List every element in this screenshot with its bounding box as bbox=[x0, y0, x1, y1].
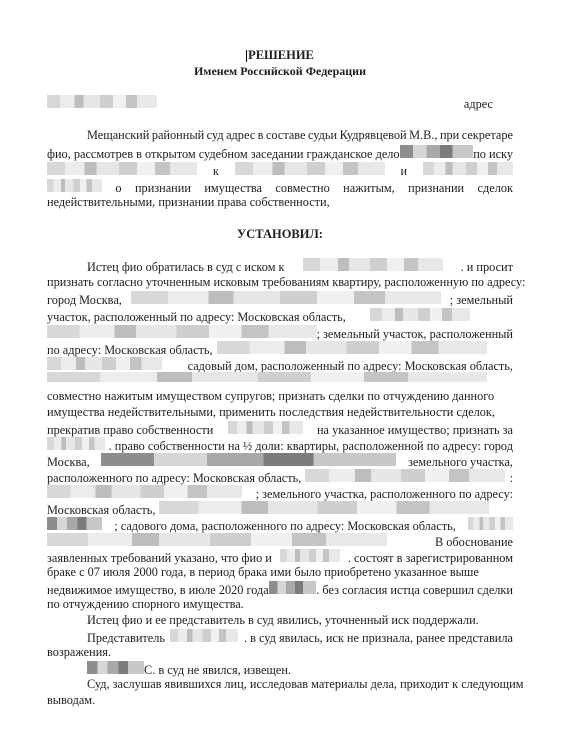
document-title: РЕШЕНИЕ bbox=[47, 48, 513, 63]
redacted-address bbox=[47, 533, 387, 546]
body-line: . право собственности на ½ доли: квартир… bbox=[47, 437, 513, 454]
redacted-name bbox=[47, 162, 197, 175]
body-line: участок, расположенный по адресу: Москов… bbox=[47, 308, 513, 325]
body-line: возражения. bbox=[47, 645, 513, 660]
body-line: по адресу: Московская область, bbox=[47, 341, 513, 358]
body-line: браке с 07 июля 2000 года, в период брак… bbox=[47, 565, 513, 580]
redacted-name bbox=[47, 179, 102, 192]
place-label: адрес bbox=[464, 97, 493, 112]
redacted-address bbox=[101, 453, 396, 466]
intro-line-4: опризнанииимуществасовместнонажитым,приз… bbox=[47, 179, 513, 196]
redacted-case-number bbox=[400, 145, 474, 158]
body-line: ; садового дома, расположенного по адрес… bbox=[47, 517, 513, 534]
body-line: имущества недействительными, применить п… bbox=[47, 405, 513, 420]
redacted-address bbox=[159, 501, 489, 514]
redacted-address bbox=[468, 517, 513, 530]
redacted-name bbox=[170, 629, 238, 642]
body-line: Московская область, bbox=[47, 501, 513, 518]
redacted-date bbox=[47, 95, 157, 108]
intro-line-2: фио, рассмотрев в открытом судебном засе… bbox=[47, 145, 513, 162]
redacted-name bbox=[235, 162, 385, 175]
redacted-address bbox=[47, 517, 102, 530]
redacted-address bbox=[47, 372, 487, 382]
redacted-address bbox=[47, 357, 162, 370]
body-line: совместно нажитым имуществом супругов; п… bbox=[47, 389, 513, 404]
body-line: признать согласно уточненным исковым тре… bbox=[47, 275, 513, 290]
date-place-line bbox=[47, 95, 513, 108]
body-line bbox=[47, 372, 513, 382]
body-line: Истец фио и ее представитель в суд явили… bbox=[47, 613, 513, 628]
body-line: прекратив право собственностина указанно… bbox=[47, 421, 513, 438]
redacted-name bbox=[47, 437, 105, 450]
body-line: С. в суд не явился, извещен. bbox=[47, 661, 513, 678]
redacted-name bbox=[228, 421, 303, 434]
redacted-name bbox=[87, 661, 144, 674]
redacted-address bbox=[47, 485, 242, 498]
intro-line-1: МещанскийрайонныйсудадресвсоставесудьиКу… bbox=[47, 128, 513, 143]
body-line: выводам. bbox=[47, 693, 513, 708]
body-line: Истец фио обратилась в суд с иском к. и … bbox=[47, 258, 513, 275]
body-line: В обоснование bbox=[47, 533, 513, 550]
intro-line-5: недействительными, признании права собст… bbox=[47, 195, 513, 210]
body-line: заявленных требований указано, что фио и… bbox=[47, 549, 513, 566]
body-line: расположенного по адресу: Московская обл… bbox=[47, 469, 513, 486]
redacted-address bbox=[305, 469, 505, 482]
body-line: Суд, заслушав явившихся лиц, исследовав … bbox=[47, 677, 513, 692]
redacted-name bbox=[303, 258, 443, 271]
redacted-name bbox=[423, 162, 513, 175]
body-line: ; земельного участка, расположенного по … bbox=[47, 485, 513, 502]
redacted-name bbox=[269, 581, 316, 594]
redacted-address bbox=[370, 308, 470, 321]
document-subtitle: Именем Российской Федерации bbox=[47, 64, 513, 79]
body-line: ; земельный участок, расположенный bbox=[47, 325, 513, 342]
body-line: по отчуждению спорного имущества. bbox=[47, 597, 513, 612]
redacted-address bbox=[217, 341, 487, 354]
redacted-name bbox=[280, 549, 340, 562]
redacted-address bbox=[131, 291, 441, 304]
body-line: Представитель. в суд явилась, иск не при… bbox=[47, 629, 513, 646]
body-line: Москва,земельного участка, bbox=[47, 453, 513, 470]
text-cursor bbox=[246, 50, 247, 62]
redacted-address bbox=[47, 325, 317, 338]
section-heading: УСТАНОВИЛ: bbox=[47, 227, 513, 242]
intro-line-3: ки bbox=[47, 162, 513, 179]
body-line: город Москва,; земельный bbox=[47, 291, 513, 308]
body-line: недвижимое имущество, в июле 2020 года. … bbox=[47, 581, 513, 598]
